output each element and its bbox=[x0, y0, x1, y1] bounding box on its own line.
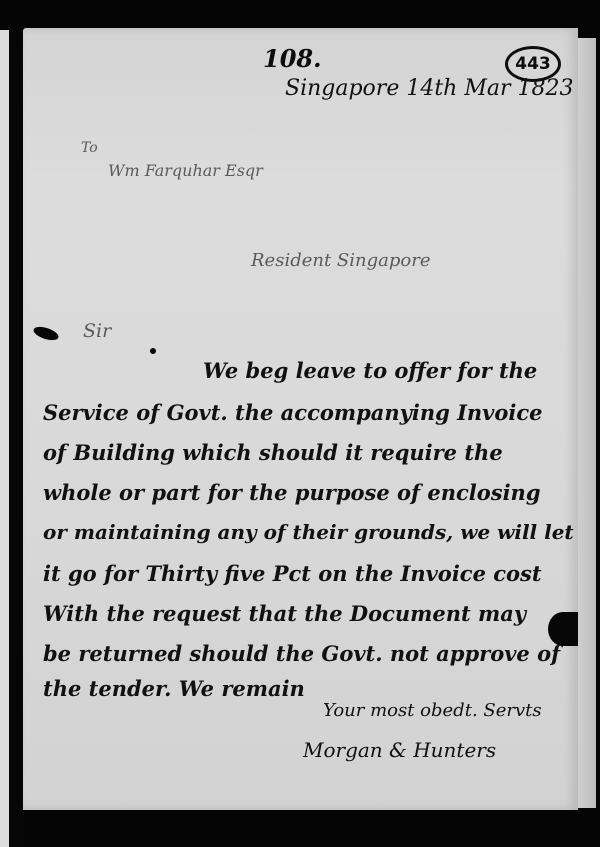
folio-number: 108. bbox=[263, 44, 321, 73]
adjacent-page-edge bbox=[0, 30, 9, 847]
letter-page: 108. 443 Singapore 14th Mar 1823 To Wm F… bbox=[23, 28, 578, 810]
body-line: the tender. We remain bbox=[43, 676, 305, 701]
recipient-title: Resident Singapore bbox=[251, 250, 430, 271]
binding-shadow bbox=[9, 30, 23, 847]
body-line: it go for Thirty five Pct on the Invoice… bbox=[43, 561, 542, 586]
body-line: With the request that the Document may bbox=[43, 601, 526, 626]
closing: Your most obedt. Servts bbox=[323, 700, 542, 721]
ink-blot-edge bbox=[548, 612, 578, 646]
body-line: be returned should the Govt. not approve… bbox=[43, 641, 560, 666]
body-line: of Building which should it require the bbox=[43, 440, 503, 465]
address-to: To bbox=[81, 140, 98, 156]
ink-dot bbox=[150, 348, 156, 354]
body-line: Service of Govt. the accompanying Invoic… bbox=[43, 400, 543, 425]
salutation: Sir bbox=[83, 320, 111, 342]
body-line: whole or part for the purpose of enclosi… bbox=[43, 480, 541, 505]
ink-blot bbox=[32, 324, 60, 342]
recipient-name: Wm Farquhar Esqr bbox=[108, 161, 263, 180]
signature: Morgan & Hunters bbox=[303, 738, 496, 762]
dateline: Singapore 14th Mar 1823 bbox=[285, 76, 573, 101]
page-right-edge bbox=[578, 38, 596, 808]
body-line: We beg leave to offer for the bbox=[203, 358, 537, 383]
body-line: or maintaining any of their grounds, we … bbox=[43, 520, 574, 544]
